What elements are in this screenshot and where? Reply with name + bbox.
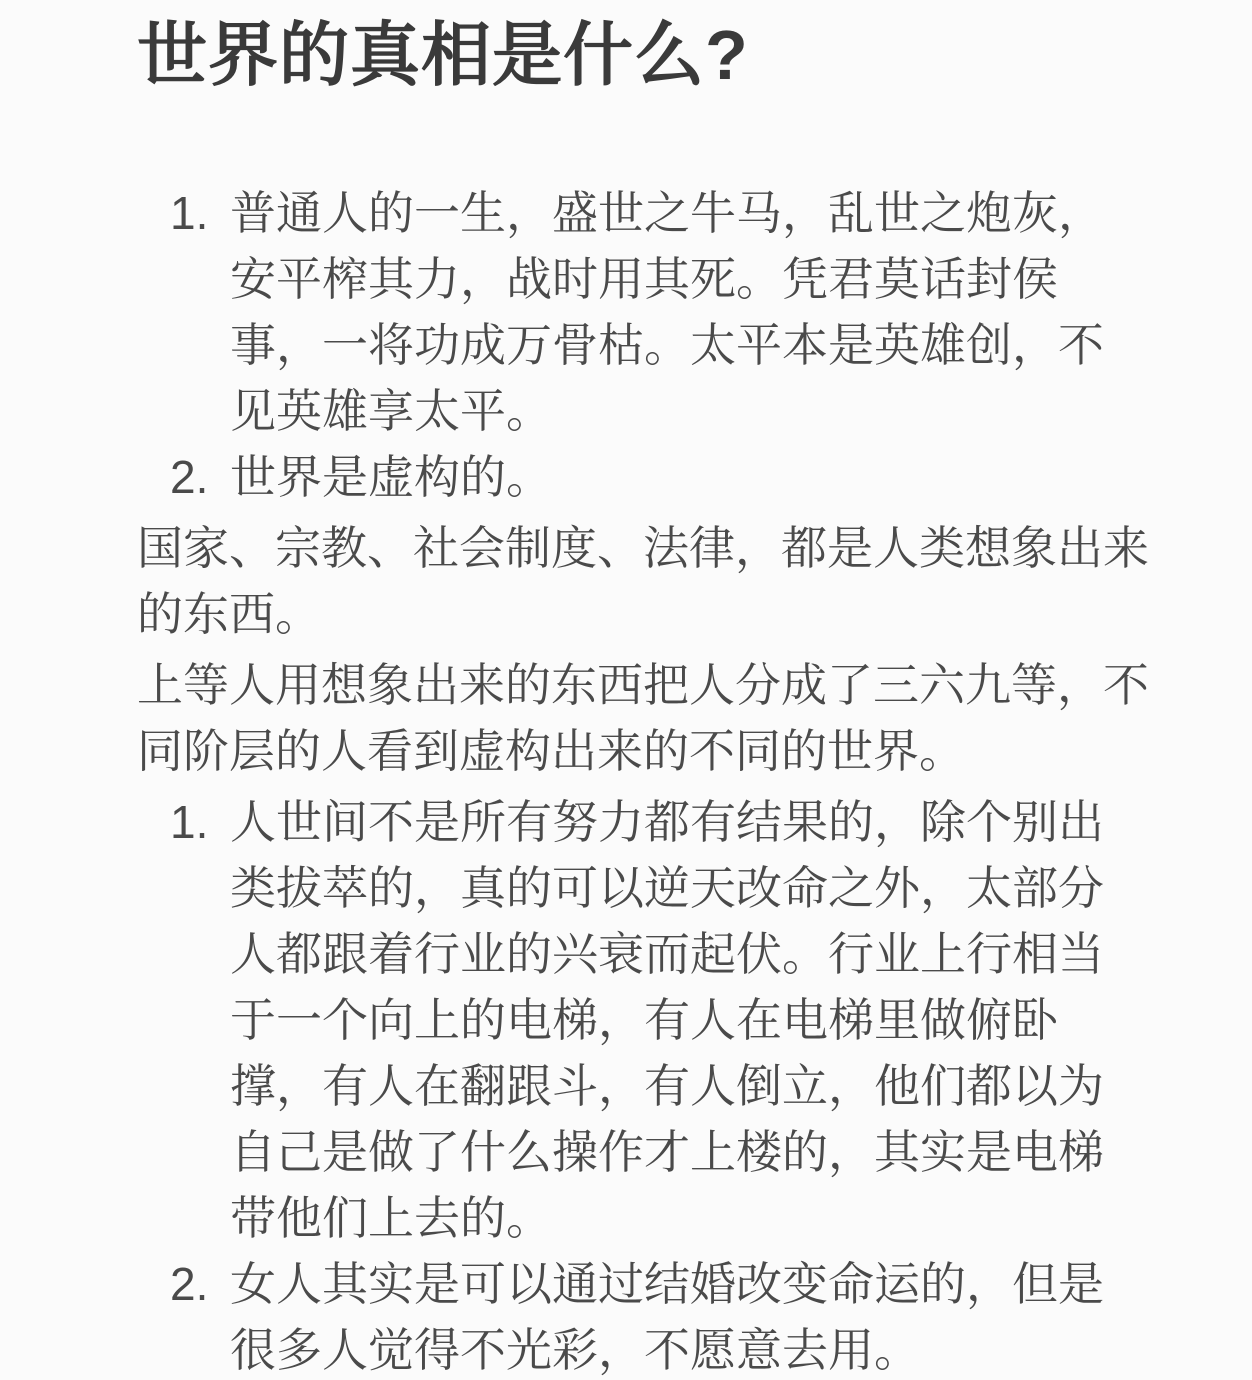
text-line: 见英雄享太平。 <box>230 378 1152 444</box>
paragraph: 上等人用想象出来的东西把人分成了三六九等，不 同阶层的人看到虚构出来的不同的世界… <box>137 652 1152 784</box>
text-line: 普通人的一生，盛世之牛马，乱世之炮灰， <box>230 180 1152 246</box>
list-item-text: 普通人的一生，盛世之牛马，乱世之炮灰， 安平榨其力，战时用其死。凭君莫话封侯 事… <box>230 180 1152 444</box>
text-line: 人世间不是所有努力都有结果的，除个别出 <box>230 789 1152 855</box>
text-line: 类拔萃的，真的可以逆天改命之外，太部分 <box>230 855 1152 921</box>
list-item: 2. 女人其实是可以通过结婚改变命运的，但是 很多人觉得不光彩，不愿意去用。 <box>137 1251 1152 1380</box>
list-number: 1. <box>137 789 230 855</box>
text-line: 上等人用想象出来的东西把人分成了三六九等，不 <box>137 652 1152 718</box>
text-line: 自己是做了什么操作才上楼的，其实是电梯 <box>230 1119 1152 1185</box>
ordered-list-bottom: 1. 人世间不是所有努力都有结果的，除个别出 类拔萃的，真的可以逆天改命之外，太… <box>137 789 1152 1380</box>
list-number: 2. <box>137 444 230 510</box>
list-item-text: 女人其实是可以通过结婚改变命运的，但是 很多人觉得不光彩，不愿意去用。 <box>230 1251 1152 1380</box>
text-line: 安平榨其力，战时用其死。凭君莫话封侯 <box>230 246 1152 312</box>
ordered-list-top: 1. 普通人的一生，盛世之牛马，乱世之炮灰， 安平榨其力，战时用其死。凭君莫话封… <box>137 180 1152 510</box>
text-line: 女人其实是可以通过结婚改变命运的，但是 <box>230 1251 1152 1317</box>
text-line: 带他们上去的。 <box>230 1185 1152 1251</box>
list-number: 2. <box>137 1251 230 1317</box>
list-item: 1. 人世间不是所有努力都有结果的，除个别出 类拔萃的，真的可以逆天改命之外，太… <box>137 789 1152 1251</box>
list-item: 2. 世界是虚构的。 <box>137 444 1152 510</box>
article-page: 世界的真相是什么? 1. 普通人的一生，盛世之牛马，乱世之炮灰， 安平榨其力，战… <box>0 0 1252 1380</box>
text-line: 很多人觉得不光彩，不愿意去用。 <box>230 1317 1152 1380</box>
list-item: 1. 普通人的一生，盛世之牛马，乱世之炮灰， 安平榨其力，战时用其死。凭君莫话封… <box>137 180 1152 444</box>
text-line: 事，一将功成万骨枯。太平本是英雄创，不 <box>230 312 1152 378</box>
list-item-text: 世界是虚构的。 <box>230 444 1152 510</box>
text-line: 的东西。 <box>137 581 1152 647</box>
page-title: 世界的真相是什么? <box>137 15 1152 95</box>
text-line: 世界是虚构的。 <box>230 444 1152 510</box>
list-item-text: 人世间不是所有努力都有结果的，除个别出 类拔萃的，真的可以逆天改命之外，太部分 … <box>230 789 1152 1251</box>
article-content: 1. 普通人的一生，盛世之牛马，乱世之炮灰， 安平榨其力，战时用其死。凭君莫话封… <box>137 180 1152 1380</box>
text-line: 撑，有人在翻跟斗，有人倒立，他们都以为 <box>230 1053 1152 1119</box>
text-line: 人都跟着行业的兴衰而起伏。行业上行相当 <box>230 921 1152 987</box>
paragraph: 国家、宗教、社会制度、法律，都是人类想象出来 的东西。 <box>137 515 1152 647</box>
text-line: 于一个向上的电梯，有人在电梯里做俯卧 <box>230 987 1152 1053</box>
text-line: 国家、宗教、社会制度、法律，都是人类想象出来 <box>137 515 1152 581</box>
list-number: 1. <box>137 180 230 246</box>
text-line: 同阶层的人看到虚构出来的不同的世界。 <box>137 718 1152 784</box>
